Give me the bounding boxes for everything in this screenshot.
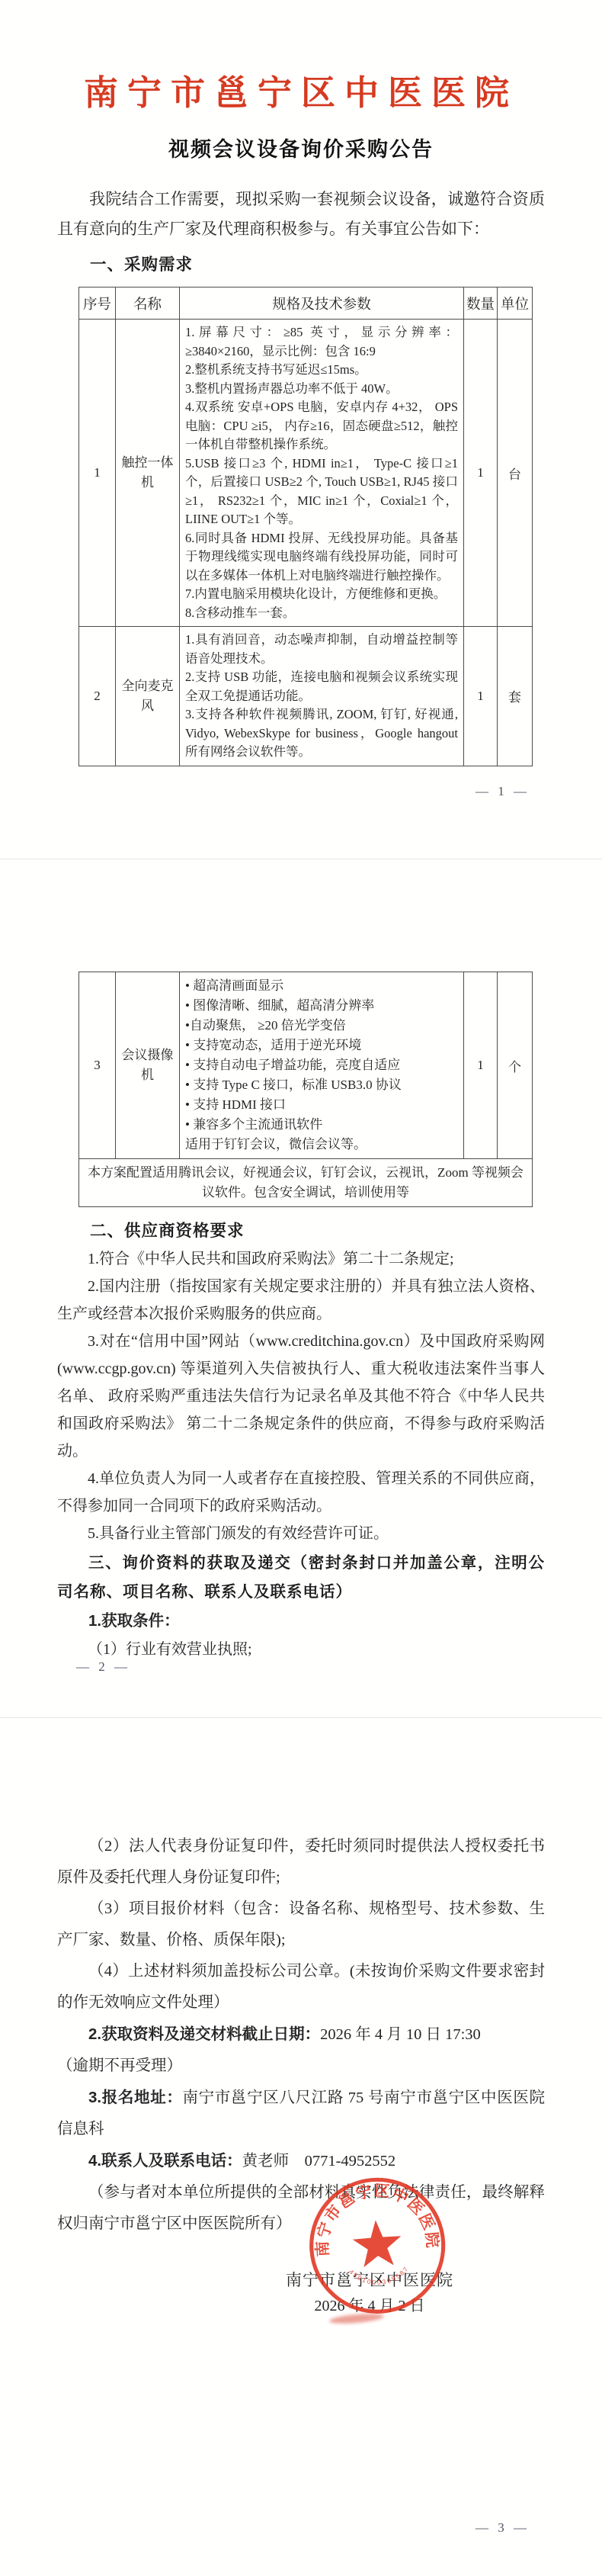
page-number: — 3 — <box>476 2520 530 2536</box>
spec-line: •自动聚焦， ≥20 倍光学变倍 <box>185 1016 458 1036</box>
spec-line: • 支持宽动态，适用于逆光环境 <box>185 1036 458 1055</box>
deadline-label: 2.获取资料及递交材料截止日期： <box>88 2025 320 2043</box>
page-2: 3 会议摄像机 • 超高清画面显示 • 图像清晰、细腻，超高清分辨率 •自动聚焦… <box>0 859 602 1717</box>
supplier-req-item: 2.国内注册（指按国家有关规定要求注册的）并具有独立法人资格、生产或经营本次报价… <box>57 1273 545 1328</box>
col-header-name: 名称 <box>116 287 180 320</box>
spec-line: • 图像清晰、细腻，超高清分辨率 <box>185 996 458 1016</box>
supplier-req-item: 5.具备行业主管部门颁发的有效经营许可证。 <box>57 1520 545 1547</box>
row-qty: 1 <box>464 627 498 766</box>
spec-line: 1.具有消回音，动态噪声抑制，自动增益控制等语音处理技术。 <box>185 631 458 668</box>
page-number: — 2 — <box>76 1659 130 1675</box>
row-name: 会议摄像机 <box>116 972 180 1159</box>
intro-paragraph: 我院结合工作需要，现拟采购一套视频会议设备，诚邀符合资质且有意向的生产厂家及代理… <box>57 185 545 244</box>
spec-line: 1.屏幕尺寸：≥85 英寸，显示分辨率：≥3840×2160，显示比例：包含 1… <box>185 323 458 361</box>
disclaimer: （参与者对本单位所提供的全部材料真实性负法律责任，最终解释权归南宁市邕宁区中医医… <box>57 2177 545 2240</box>
condition-item: （2）法人代表身份证复印件，委托时须同时提供法人授权委托书原件及委托代理人身份证… <box>57 1831 545 1893</box>
row-specs: • 超高清画面显示 • 图像清晰、细腻，超高清分辨率 •自动聚焦， ≥20 倍光… <box>180 972 464 1159</box>
supplier-req-item: 4.单位负责人为同一人或者存在直接控股、管理关系的不同供应商，不得参加同一合同项… <box>57 1465 545 1520</box>
spec-line: 8.含移动推车一套。 <box>185 604 458 623</box>
spec-line: 3.整机内置扬声器总功率不低于 40W。 <box>185 380 458 399</box>
requirements-table-continued: 3 会议摄像机 • 超高清画面显示 • 图像清晰、细腻，超高清分辨率 •自动聚焦… <box>78 972 533 1207</box>
contact-value: 黄老师 0771-4952552 <box>242 2153 396 2170</box>
spec-line: • 支持自动电子增益功能，亮度自适应 <box>185 1055 458 1075</box>
table-row: 3 会议摄像机 • 超高清画面显示 • 图像清晰、细腻，超高清分辨率 •自动聚焦… <box>79 972 533 1159</box>
col-header-unit: 单位 <box>498 287 533 320</box>
table-note: 本方案配置适用腾讯会议，好视通会议，钉钉会议，云视讯，Zoom 等视频会议软件。… <box>79 1159 533 1207</box>
table-row: 1 触控一体机 1.屏幕尺寸：≥85 英寸，显示分辨率：≥3840×2160，显… <box>79 320 533 627</box>
spec-line: 3.支持各种软件视频腾讯, ZOOM, 钉钉, 好视通, Vidyo, Webe… <box>185 705 458 762</box>
supplier-req-item: 3.对在“信用中国”网站（www.creditchina.gov.cn）及中国政… <box>57 1328 545 1465</box>
col-header-no: 序号 <box>79 287 116 320</box>
condition-item: （3）项目报价材料（包含：设备名称、规格型号、技术参数、生产厂家、数量、价格、质… <box>57 1893 545 1956</box>
address-line: 3.报名地址：南宁市邕宁区八尺江路 75 号南宁市邕宁区中医医院信息科 <box>57 2082 545 2145</box>
signature-block: 南宁市邕宁区中医医院 2026 年 4 月 2 日 <box>251 2267 488 2319</box>
supplier-req-item: 1.符合《中华人民共和国政府采购法》第二十二条规定; <box>57 1245 545 1273</box>
section3-heading: 三、询价资料的获取及递交（密封条封口并加盖公章，注明公司名称、项目名称、联系人及… <box>57 1549 545 1607</box>
spec-line: 适用于钉钉会议，微信会议等。 <box>185 1135 458 1155</box>
row-name: 触控一体机 <box>116 320 180 627</box>
address-label: 3.报名地址： <box>88 2089 182 2106</box>
spec-line: 4.双系统 安卓+OPS 电脑，安卓内存 4+32， OPS 电脑：CPU ≥i… <box>185 398 458 454</box>
row-name: 全向麦克风 <box>116 627 180 766</box>
deadline-value: 2026 年 4 月 10 日 17:30 <box>320 2026 481 2043</box>
spec-line: • 支持 Type C 接口，标准 USB3.0 协议 <box>185 1075 458 1095</box>
row-unit: 套 <box>498 627 533 766</box>
doc-subtitle: 视频会议设备询价采购公告 <box>57 134 545 165</box>
page-title: 南宁市邕宁区中医医院 <box>57 0 545 116</box>
spec-line: 2.支持 USB 功能，连接电脑和视频会议系统实现全双工免提通话功能。 <box>185 668 458 705</box>
section2-heading: 二、供应商资格要求 <box>57 1216 545 1245</box>
contact-label: 4.联系人及联系电话： <box>88 2152 242 2170</box>
row-unit: 个 <box>498 972 533 1159</box>
col-header-spec: 规格及技术参数 <box>180 287 464 320</box>
row-qty: 1 <box>464 972 498 1159</box>
condition-item: （1）行业有效营业执照; <box>57 1636 545 1663</box>
spec-line: 5.USB 接口≥3 个, HDMI in≥1， Type-C 接口≥1 个，后… <box>185 454 458 529</box>
section1-heading: 一、采购需求 <box>57 250 545 279</box>
spec-line: • 支持 HDMI 接口 <box>185 1095 458 1115</box>
deadline-note: （逾期不再受理） <box>57 2051 545 2082</box>
row-unit: 台 <box>498 320 533 627</box>
signature-org: 南宁市邕宁区中医医院 <box>251 2267 488 2293</box>
spec-line: • 兼容多个主流通讯软件 <box>185 1115 458 1135</box>
spec-line: 6.同时具备 HDMI 投屏、无线投屏功能。具备基于物理线缆实现电脑终端有线投屏… <box>185 529 458 586</box>
col-header-qty: 数量 <box>464 287 498 320</box>
table-header-row: 序号 名称 规格及技术参数 数量 单位 <box>79 287 533 320</box>
row-qty: 1 <box>464 320 498 627</box>
contact-line: 4.联系人及联系电话：黄老师 0771-4952552 <box>57 2145 545 2177</box>
get-conditions-label: 1.获取条件： <box>57 1607 545 1636</box>
spec-line: 2.整机系统支持书写延迟≤15ms。 <box>185 361 458 380</box>
requirements-table: 序号 名称 规格及技术参数 数量 单位 1 触控一体机 1.屏幕尺寸：≥85 英… <box>78 287 533 766</box>
page-3: （2）法人代表身份证复印件，委托时须同时提供法人授权委托书原件及委托代理人身份证… <box>0 1717 602 2576</box>
document: 南宁市邕宁区中医医院 视频会议设备询价采购公告 我院结合工作需要，现拟采购一套视… <box>0 0 602 2576</box>
row-specs: 1.屏幕尺寸：≥85 英寸，显示分辨率：≥3840×2160，显示比例：包含 1… <box>180 320 464 627</box>
row-no: 1 <box>79 320 116 627</box>
spec-line: • 超高清画面显示 <box>185 976 458 996</box>
condition-item: （4）上述材料须加盖投标公司公章。(未按询价采购文件要求密封的作无效响应文件处理… <box>57 1956 545 2019</box>
table-note-row: 本方案配置适用腾讯会议，好视通会议，钉钉会议，云视讯，Zoom 等视频会议软件。… <box>79 1159 533 1207</box>
row-no: 2 <box>79 627 116 766</box>
page-number: — 1 — <box>476 784 530 799</box>
row-specs: 1.具有消回音，动态噪声抑制，自动增益控制等语音处理技术。 2.支持 USB 功… <box>180 627 464 766</box>
deadline-line: 2.获取资料及递交材料截止日期：2026 年 4 月 10 日 17:30（逾期… <box>57 2019 545 2082</box>
row-no: 3 <box>79 972 116 1159</box>
table-row: 2 全向麦克风 1.具有消回音，动态噪声抑制，自动增益控制等语音处理技术。 2.… <box>79 627 533 766</box>
spec-line: 7.内置电脑采用模块化设计，方便维修和更换。 <box>185 585 458 604</box>
page-1: 南宁市邕宁区中医医院 视频会议设备询价采购公告 我院结合工作需要，现拟采购一套视… <box>0 0 602 859</box>
